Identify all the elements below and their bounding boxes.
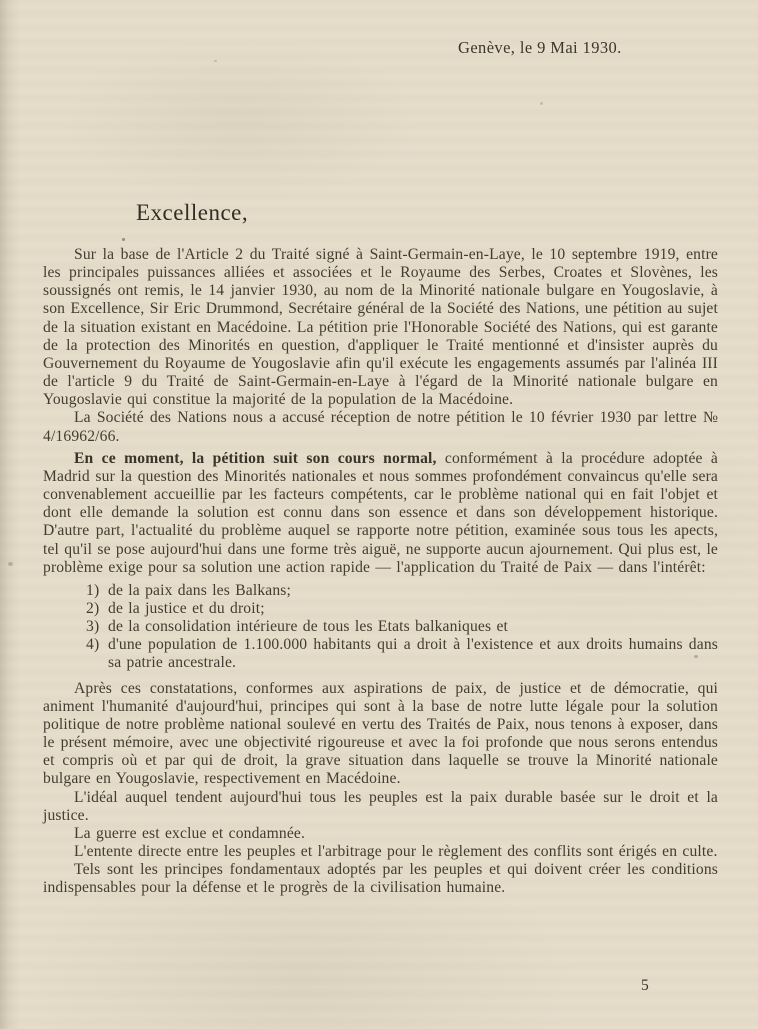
paragraph-guerre: La guerre est exclue et condamnée. [43, 825, 718, 843]
paper-speck [122, 238, 125, 241]
interest-list: 1) de la paix dans les Balkans; 2) de la… [43, 582, 718, 673]
paragraph-treaty-petition: Sur la base de l'Article 2 du Traité sig… [43, 246, 718, 409]
list-marker: 2) [86, 600, 108, 618]
paragraph-acknowledgement: La Société des Nations nous a accusé réc… [43, 409, 718, 445]
list-item: 2) de la justice et du droit; [43, 600, 718, 618]
paragraph-principes: Tels sont les principes fondamentaux ado… [43, 861, 718, 897]
dateline: Genève, le 9 Mai 1930. [458, 38, 622, 58]
paper-speck [214, 60, 217, 62]
paper-speck [8, 562, 13, 566]
list-item: 3) de la consolidation intérieure de tou… [43, 618, 718, 636]
scanned-letter-page: Genève, le 9 Mai 1930. Excellence, Sur l… [0, 0, 758, 1029]
paragraph-constatations: Après ces constatations, conformes aux a… [43, 680, 718, 789]
list-marker: 1) [86, 582, 108, 600]
list-item: 4) d'une population de 1.100.000 habitan… [43, 636, 718, 672]
list-marker: 4) [86, 636, 108, 672]
paragraph-petition-course: En ce moment, la pétition suit son cours… [43, 450, 718, 577]
list-marker: 3) [86, 618, 108, 636]
paragraph-entente: L'entente directe entre les peuples et l… [43, 843, 718, 861]
list-item: 1) de la paix dans les Balkans; [43, 582, 718, 600]
letter-body: Sur la base de l'Article 2 du Traité sig… [43, 246, 718, 897]
list-item-text: de la paix dans les Balkans; [108, 582, 718, 600]
paper-speck [540, 102, 543, 105]
salutation: Excellence, [136, 200, 248, 226]
list-item-text: d'une population de 1.100.000 habitants … [108, 636, 718, 672]
bold-lead-text: En ce moment, la pétition suit son cours… [74, 450, 437, 467]
list-item-text: de la consolidation intérieure de tous l… [108, 618, 718, 636]
paragraph-petition-course-rest: conformément à la procédure adoptée à Ma… [43, 450, 718, 576]
paragraph-ideal: L'idéal auquel tendent aujourd'hui tous … [43, 789, 718, 825]
list-item-text: de la justice et du droit; [108, 600, 718, 618]
page-number: 5 [641, 977, 649, 995]
